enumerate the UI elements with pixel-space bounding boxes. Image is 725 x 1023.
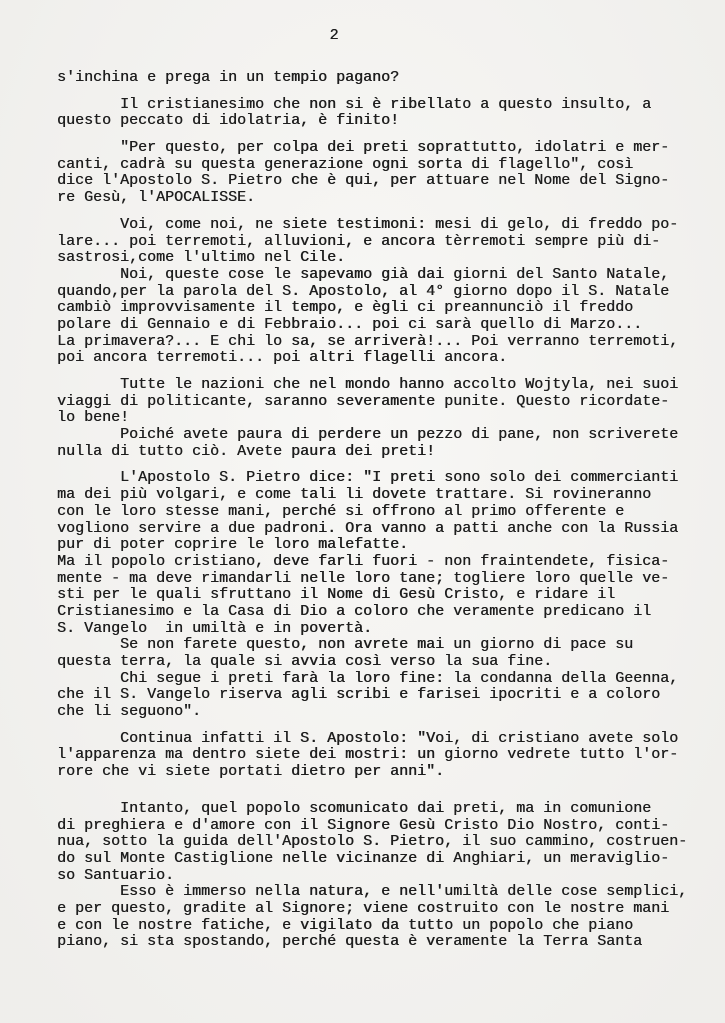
text-line: poi ancora terremoti... poi altri flagel… xyxy=(57,350,725,367)
text-line: Noi, queste cose le sapevamo già dai gio… xyxy=(57,267,725,284)
text-line: Poiché avete paura di perdere un pezzo d… xyxy=(57,427,725,444)
page-number: 2 xyxy=(0,0,668,44)
page-text: s'inchina e prega in un tempio pagano? I… xyxy=(0,44,725,951)
text-line: polare di Gennaio e di Febbraio... poi c… xyxy=(57,317,725,334)
text-line: che il S. Vangelo riserva agli scribi e … xyxy=(57,687,725,704)
text-line: "Per questo, per colpa dei preti sopratt… xyxy=(57,140,725,157)
text-line: re Gesù, l'APOCALISSE. xyxy=(57,190,725,207)
text-line: do sul Monte Castiglione nelle vicinanze… xyxy=(57,851,725,868)
text-line: Esso è immerso nella natura, e nell'umil… xyxy=(57,884,725,901)
text-line: dice l'Apostolo S. Pietro che è qui, per… xyxy=(57,173,725,190)
text-line: quando,per la parola del S. Apostolo, al… xyxy=(57,284,725,301)
text-line: sastrosi,come l'ultimo nel Cile. xyxy=(57,250,725,267)
text-line: canti, cadrà su questa generazione ogni … xyxy=(57,157,725,174)
text-line: con le loro stesse mani, perché si offro… xyxy=(57,504,725,521)
text-line: vogliono servire a due padroni. Ora vann… xyxy=(57,521,725,538)
text-line: sti per le quali sfruttano il Nome di Ge… xyxy=(57,587,725,604)
text-line: rore che vi siete portati dietro per ann… xyxy=(57,764,725,781)
document-page: 2 s'inchina e prega in un tempio pagano?… xyxy=(0,0,725,1023)
text-line: Se non farete questo, non avrete mai un … xyxy=(57,637,725,654)
text-line: Il cristianesimo che non si è ribellato … xyxy=(57,97,725,114)
text-line: Cristianesimo e la Casa di Dio a coloro … xyxy=(57,604,725,621)
text-line: questa terra, la quale si avvia così ver… xyxy=(57,654,725,671)
text-line: nulla di tutto ciò. Avete paura dei pret… xyxy=(57,444,725,461)
text-line: S. Vangelo in umiltà e in povertà. xyxy=(57,621,725,638)
text-line xyxy=(57,781,725,791)
text-line: piano, si sta spostando, perché questa è… xyxy=(57,934,725,951)
text-line: mente - ma deve rimandarli nelle loro ta… xyxy=(57,571,725,588)
text-line: l'apparenza ma dentro siete dei mostri: … xyxy=(57,747,725,764)
text-line: nua, sotto la guida dell'Apostolo S. Pie… xyxy=(57,834,725,851)
text-line: viaggi di politicante, saranno severamen… xyxy=(57,394,725,411)
text-line: di preghiera e d'amore con il Signore Ge… xyxy=(57,818,725,835)
text-line: ma dei più volgari, e come tali li dovet… xyxy=(57,487,725,504)
text-line: Continua infatti il S. Apostolo: "Voi, d… xyxy=(57,731,725,748)
text-line: so Santuario. xyxy=(57,868,725,885)
text-line: Tutte le nazioni che nel mondo hanno acc… xyxy=(57,377,725,394)
text-line: Intanto, quel popolo scomunicato dai pre… xyxy=(57,801,725,818)
text-line: lare... poi terremoti, alluvioni, e anco… xyxy=(57,234,725,251)
text-line: che li seguono". xyxy=(57,704,725,721)
text-line: lo bene! xyxy=(57,410,725,427)
text-line: e per questo, gradite al Signore; viene … xyxy=(57,901,725,918)
text-line: Ma il popolo cristiano, deve farli fuori… xyxy=(57,554,725,571)
text-line: La primavera?... E chi lo sa, se arriver… xyxy=(57,334,725,351)
text-line: questo peccato di idolatria, è finito! xyxy=(57,113,725,130)
text-line: e con le nostre fatiche, e vigilato da t… xyxy=(57,918,725,935)
text-line: pur di poter coprire le loro malefatte. xyxy=(57,537,725,554)
text-line: cambiò improvvisamente il tempo, e ègli … xyxy=(57,300,725,317)
text-line: L'Apostolo S. Pietro dice: "I preti sono… xyxy=(57,470,725,487)
text-line: s'inchina e prega in un tempio pagano? xyxy=(57,70,725,87)
text-line: Voi, come noi, ne siete testimoni: mesi … xyxy=(57,217,725,234)
text-line: Chi segue i preti farà la loro fine: la … xyxy=(57,671,725,688)
